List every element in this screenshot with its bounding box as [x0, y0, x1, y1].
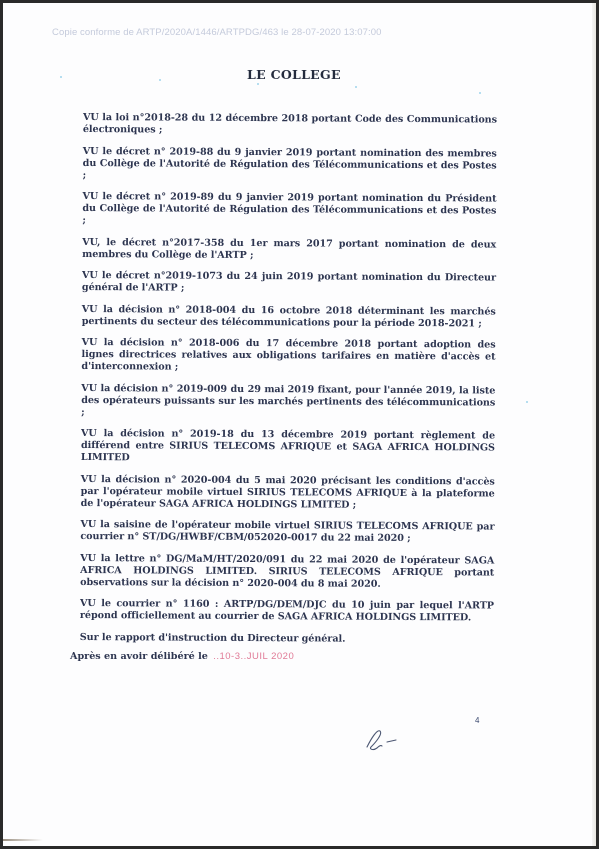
paragraph-rapport-instruction: Sur le rapport d'instruction du Directeu…	[80, 631, 494, 646]
paragraph-loi-2018-28: VU la loi n°2018-28 du 12 décembre 2018 …	[83, 112, 497, 139]
deliberation-line: Après en avoir délibéré le ..10-3..JUIL …	[70, 651, 294, 662]
paragraph-decision-2018-004: VU la décision n° 2018-004 du 16 octobre…	[82, 303, 496, 330]
scan-speck	[479, 92, 481, 94]
scan-speck	[257, 83, 259, 85]
paragraph-lettre-saga: VU la lettre n° DG/MaM/HT/2020/091 du 22…	[80, 552, 494, 591]
scan-speck	[355, 86, 357, 88]
document-body: VU la loi n°2018-28 du 12 décembre 2018 …	[80, 112, 497, 656]
paragraph-decision-2020-004: VU la décision n° 2020-004 du 5 mai 2020…	[81, 473, 495, 512]
paragraph-decision-2018-006: VU la décision n° 2018-006 du 17 décembr…	[81, 337, 495, 376]
paragraph-saisine-sirius: VU la saisine de l'opérateur mobile virt…	[80, 519, 494, 546]
paragraph-courrier-1160: VU le courrier n° 1160 : ARTP/DG/DEM/DJC…	[80, 598, 494, 625]
certified-copy-watermark: Copie conforme de ARTP/2020A/1446/ARTPDG…	[52, 27, 382, 38]
scan-speck	[159, 79, 161, 81]
document-page: Copie conforme de ARTP/2020A/1446/ARTPDG…	[3, 3, 596, 846]
paragraph-decret-2019-88: VU le décret n° 2019-88 du 9 janvier 201…	[83, 145, 497, 184]
stamped-date: ..10-3..JUIL 2020	[213, 651, 294, 662]
page-title: LE COLLEGE	[247, 67, 341, 82]
scan-speck	[526, 401, 528, 403]
scan-speck	[60, 76, 62, 78]
paragraph-decret-2019-89: VU le décret n° 2019-89 du 9 janvier 201…	[82, 191, 496, 230]
paragraph-decret-2019-1073: VU le décret n°2019-1073 du 24 juin 2019…	[82, 270, 496, 297]
paragraph-decision-2019-18: VU la décision n° 2019-18 du 13 décembre…	[81, 428, 495, 467]
page-number: 4	[475, 716, 479, 725]
deliberation-text: Après en avoir délibéré le	[70, 651, 208, 662]
signature-icon	[363, 725, 413, 755]
scan-edge-shadow	[3, 839, 43, 841]
paragraph-decret-2017-358: VU, le décret n°2017-358 du 1er mars 201…	[82, 236, 496, 263]
paragraph-decision-2019-009: VU la décision n° 2019-009 du 29 mai 201…	[81, 382, 495, 421]
